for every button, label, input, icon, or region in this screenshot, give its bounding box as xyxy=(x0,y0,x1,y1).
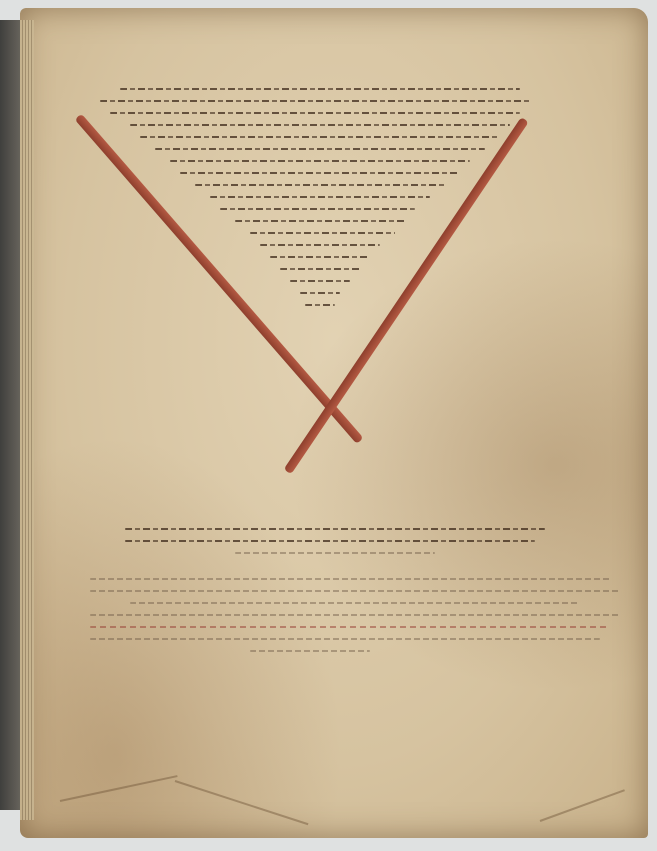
paragraph-block xyxy=(125,518,545,564)
book-spine-shadow xyxy=(0,20,22,810)
triangle-text-block xyxy=(100,78,530,316)
page-edges xyxy=(20,20,34,820)
marginal-notes xyxy=(90,568,620,662)
